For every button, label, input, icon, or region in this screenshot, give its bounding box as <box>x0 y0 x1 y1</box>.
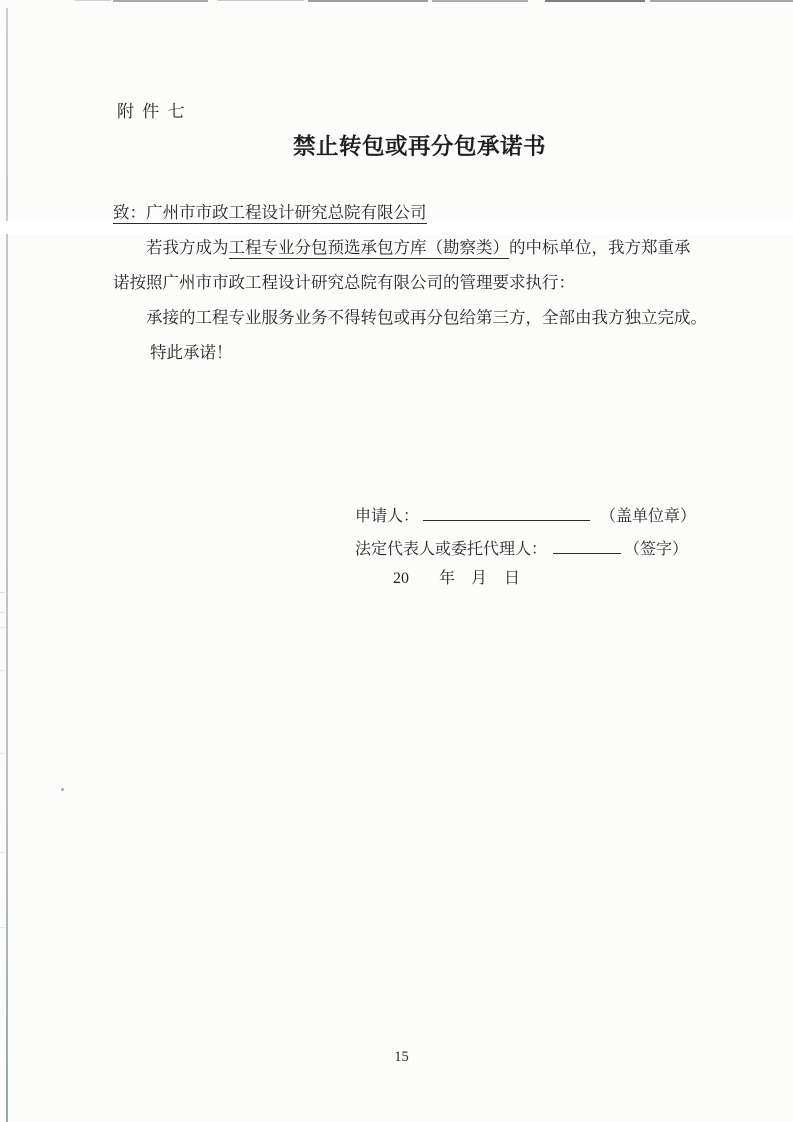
applicant-seal-note: （盖单位章） <box>600 508 696 525</box>
paragraph-1-line-1: 若我方成为工程专业分包预选承包方库（勘察类）的中标单位，我方郑重承 <box>113 238 691 259</box>
paragraph-1-underlined-scope: 工程专业分包预选承包方库（勘察类） <box>229 238 510 259</box>
scan-artifact-tick <box>0 852 5 853</box>
document-title: 禁止转包或再分包承诺书 <box>293 129 546 161</box>
scan-artifact-left-edge <box>6 8 8 1122</box>
paragraph-2: 承接的工程专业服务业务不得转包或再分包给第三方，全部由我方独立完成。 <box>113 308 707 329</box>
representative-signature-blank <box>553 540 621 554</box>
scan-artifact-tick <box>0 927 5 928</box>
page-number: 15 <box>0 1049 793 1066</box>
paragraph-3-commitment: 特此承诺！ <box>113 343 233 364</box>
date-year-prefix: 20 <box>393 570 409 587</box>
salutation-line: 致：广州市市政工程设计研究总院有限公司 <box>113 203 427 224</box>
paragraph-1-line-2: 诺按照广州市市政工程设计研究总院有限公司的管理要求执行： <box>113 273 575 294</box>
attachment-label: 附 件 七 <box>117 97 187 122</box>
date-day-label: 日 <box>504 570 520 587</box>
date-line: 20年月日 <box>393 565 520 588</box>
salutation-text: 致：广州市市政工程设计研究总院有限公司 <box>113 203 427 224</box>
applicant-signature-blank <box>423 507 590 521</box>
scan-artifact-speck <box>61 788 64 791</box>
representative-label: 法定代表人或委托代理人： <box>355 541 547 558</box>
scan-artifact-top-edge <box>0 0 793 3</box>
scan-artifact-tick <box>0 627 5 628</box>
scan-artifact-tick <box>0 670 5 671</box>
scan-artifact-tick <box>0 612 5 613</box>
scan-artifact-tick <box>0 592 5 593</box>
scan-artifact-tick <box>0 753 5 754</box>
paragraph-1-post: 的中标单位，我方郑重承 <box>509 238 691 257</box>
representative-signature-line: 法定代表人或委托代理人：（签字） <box>355 536 688 559</box>
scanned-document-page: 附 件 七 禁止转包或再分包承诺书 致：广州市市政工程设计研究总院有限公司 若我… <box>0 0 793 1122</box>
representative-sign-note: （签字） <box>624 541 688 558</box>
applicant-label: 申请人： <box>355 508 419 525</box>
date-month-label: 月 <box>471 570 487 587</box>
applicant-signature-line: 申请人：（盖单位章） <box>355 503 696 526</box>
paragraph-1-pre: 若我方成为 <box>146 238 229 257</box>
date-year-label: 年 <box>439 570 455 587</box>
